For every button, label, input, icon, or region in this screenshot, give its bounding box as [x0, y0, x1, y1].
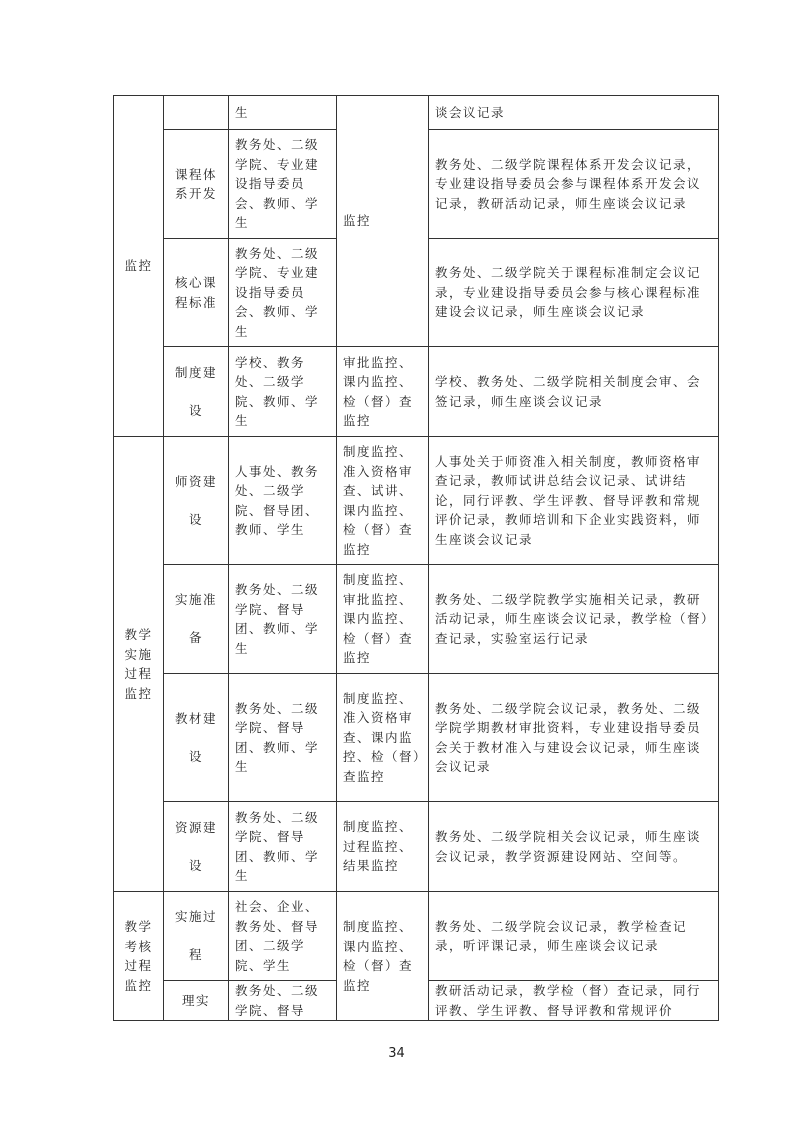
- participants-cell: 学校、教务处、二级学院、教师、学生: [229, 347, 337, 437]
- participants-cell: 教务处、二级学院、督导团、教师、学生: [229, 802, 337, 892]
- item-cell: 实施过程: [164, 892, 229, 981]
- item-cell: 实施准备: [164, 565, 229, 674]
- item-cell: 核心课程标准: [164, 239, 229, 347]
- records-cell: 教务处、二级学院会议记录，教学检查记录，听评课记录，师生座谈会议记录: [429, 892, 719, 981]
- method-cell: 监控: [337, 96, 429, 347]
- records-cell: 教务处、二级学院教学实施相关记录，教研活动记录，师生座谈会议记录，教学检（督）查…: [429, 565, 719, 674]
- method-cell: 制度监控、过程监控、结果监控: [337, 802, 429, 892]
- table-row: 监控 生 监控 谈会议记录: [114, 96, 719, 130]
- page-number: 34: [0, 1046, 793, 1061]
- records-cell: 教研活动记录，教学检（督）查记录，同行评教、学生评教、督导评教和常规评价: [429, 981, 719, 1021]
- records-cell: 谈会议记录: [429, 96, 719, 130]
- method-cell: 审批监控、课内监控、检（督）查监控: [337, 347, 429, 437]
- item-cell: 课程体系开发: [164, 130, 229, 239]
- participants-cell: 教务处、二级学院、督导: [229, 981, 337, 1021]
- category-cell: 监控: [114, 96, 164, 437]
- item-cell: 资源建设: [164, 802, 229, 892]
- table-row: 教学考核过程监控 实施过程 社会、企业、教务处、督导团、二级学院、学生 制度监控…: [114, 892, 719, 981]
- participants-cell: 人事处、教务处、二级学院、督导团、教师、学生: [229, 437, 337, 565]
- method-cell: 制度监控、准入资格审查、课内监控、检（督）查监控: [337, 674, 429, 802]
- records-cell: 学校、教务处、二级学院相关制度会审、会签记录，师生座谈会议记录: [429, 347, 719, 437]
- category-cell: 教学实施过程监控: [114, 437, 164, 892]
- item-cell: 制度建设: [164, 347, 229, 437]
- participants-cell: 社会、企业、教务处、督导团、二级学院、学生: [229, 892, 337, 981]
- table-row: 制度建设 学校、教务处、二级学院、教师、学生 审批监控、课内监控、检（督）查监控…: [114, 347, 719, 437]
- participants-cell: 教务处、二级学院、专业建设指导委员会、教师、学生: [229, 239, 337, 347]
- records-cell: 教务处、二级学院会议记录，教务处、二级学院学期教材审批资料，专业建设指导委员会关…: [429, 674, 719, 802]
- table-row: 教材建设 教务处、二级学院、督导团、教师、学生 制度监控、准入资格审查、课内监控…: [114, 674, 719, 802]
- records-cell: 教务处、二级学院课程体系开发会议记录，专业建设指导委员会参与课程体系开发会议记录…: [429, 130, 719, 239]
- participants-cell: 教务处、二级学院、专业建设指导委员会、教师、学生: [229, 130, 337, 239]
- item-cell: 理实: [164, 981, 229, 1021]
- records-cell: 教务处、二级学院相关会议记录，师生座谈会议记录，教学资源建设网站、空间等。: [429, 802, 719, 892]
- category-cell: 教学考核过程监控: [114, 892, 164, 1021]
- item-cell: 教材建设: [164, 674, 229, 802]
- records-cell: 人事处关于师资准入相关制度，教师资格审查记录，教师试讲总结会议记录、试讲结论，同…: [429, 437, 719, 565]
- method-cell: 制度监控、审批监控、课内监控、检（督）查监控: [337, 565, 429, 674]
- table-row: 资源建设 教务处、二级学院、督导团、教师、学生 制度监控、过程监控、结果监控 教…: [114, 802, 719, 892]
- participants-cell: 教务处、二级学院、督导团、教师、学生: [229, 674, 337, 802]
- table-row: 实施准备 教务处、二级学院、督导团、教师、学生 制度监控、审批监控、课内监控、检…: [114, 565, 719, 674]
- participants-cell: 生: [229, 96, 337, 130]
- table-row: 教学实施过程监控 师资建设 人事处、教务处、二级学院、督导团、教师、学生 制度监…: [114, 437, 719, 565]
- participants-cell: 教务处、二级学院、督导团、教师、学生: [229, 565, 337, 674]
- method-cell: 制度监控、准入资格审查、试讲、课内监控、检（督）查监控: [337, 437, 429, 565]
- item-cell: 师资建设: [164, 437, 229, 565]
- method-cell: 制度监控、课内监控、检（督）查监控: [337, 892, 429, 1021]
- monitoring-table: 监控 生 监控 谈会议记录 课程体系开发 教务处、二级学院、专业建设指导委员会、…: [113, 95, 719, 1021]
- item-cell: [164, 96, 229, 130]
- document-page: 监控 生 监控 谈会议记录 课程体系开发 教务处、二级学院、专业建设指导委员会、…: [0, 0, 793, 1122]
- records-cell: 教务处、二级学院关于课程标准制定会议记录，专业建设指导委员会参与核心课程标准建设…: [429, 239, 719, 347]
